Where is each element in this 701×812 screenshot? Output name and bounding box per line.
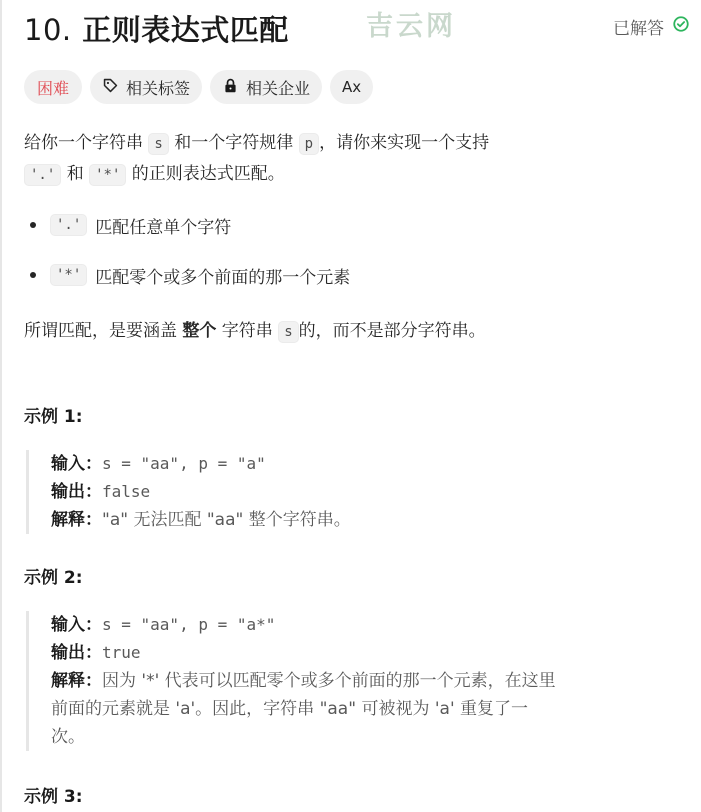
- solved-status: 已解答: [613, 14, 690, 39]
- list-item-text: 匹配任意单个字符: [95, 213, 231, 238]
- inline-code: s: [148, 133, 168, 155]
- related-tags-label: 相关标签: [126, 76, 190, 99]
- example-3-title: 示例 3:: [24, 782, 83, 807]
- list-item-text: 匹配零个或多个前面的那一个元素: [95, 263, 350, 288]
- desc-text: ，请你来实现一个支持: [319, 133, 489, 153]
- explain-label: 解释：: [51, 510, 102, 530]
- desc-text: 给你一个字符串: [24, 133, 148, 153]
- rules-list: '.' 匹配任意单个字符 '*' 匹配零个或多个前面的那一个元素: [24, 210, 664, 310]
- inline-code: s: [278, 321, 298, 343]
- list-item: '.' 匹配任意单个字符: [24, 210, 664, 240]
- example-2-title: 示例 2:: [24, 563, 83, 588]
- explain-label: 解释：: [51, 671, 102, 691]
- desc-text: 字符串: [216, 321, 278, 341]
- explain-value: 因为 '*' 代表可以匹配零个或多个前面的那一个元素，在这里: [102, 671, 556, 691]
- desc-text: 和: [61, 164, 89, 184]
- example-2-block: 输入：s = "aa", p = "a*" 输出：true 解释：因为 '*' …: [26, 611, 686, 751]
- output-value: true: [102, 643, 141, 662]
- example-explanation: 解释：因为 '*' 代表可以匹配零个或多个前面的那一个元素，在这里: [51, 667, 686, 695]
- example-input: 输入：s = "aa", p = "a*": [51, 611, 686, 639]
- input-value: s = "aa", p = "a*": [102, 615, 275, 634]
- translate-button[interactable]: Ax: [330, 70, 373, 104]
- problem-description: 给你一个字符串 s 和一个字符规律 p，请你来实现一个支持 '.' 和 '*' …: [24, 128, 664, 190]
- output-value: false: [102, 482, 150, 501]
- lock-icon: [222, 77, 239, 98]
- list-item: '*' 匹配零个或多个前面的那一个元素: [24, 260, 664, 290]
- input-value: s = "aa", p = "a": [102, 454, 266, 473]
- title-row: 10. 正则表达式匹配 吉云网 已解答: [24, 8, 694, 48]
- input-label: 输入：: [51, 615, 102, 635]
- bullet-dot: [30, 222, 36, 228]
- related-tags-button[interactable]: 相关标签: [90, 70, 202, 104]
- input-label: 输入：: [51, 454, 102, 474]
- output-label: 输出：: [51, 482, 102, 502]
- inline-code: '.': [50, 214, 87, 236]
- example-1-block: 输入：s = "aa", p = "a" 输出：false 解释："a" 无法匹…: [26, 450, 686, 534]
- output-label: 输出：: [51, 643, 102, 663]
- example-1-title: 示例 1:: [24, 402, 83, 427]
- inline-code: '*': [89, 164, 126, 186]
- difficulty-badge: 困难: [24, 70, 82, 104]
- solved-label: 已解答: [613, 14, 664, 39]
- desc-text: 所谓匹配，是要涵盖: [24, 321, 182, 341]
- desc-text: 和一个字符规律: [169, 133, 299, 153]
- problem-name: 正则表达式匹配: [82, 13, 289, 47]
- inline-code: '*': [50, 264, 87, 286]
- example-output: 输出：true: [51, 639, 686, 667]
- match-note: 所谓匹配，是要涵盖 整个 字符串 s的，而不是部分字符串。: [24, 316, 674, 347]
- inline-code: p: [299, 133, 319, 155]
- related-companies-label: 相关企业: [246, 76, 310, 99]
- tag-icon: [102, 77, 119, 98]
- desc-text: 的正则表达式匹配。: [126, 164, 284, 184]
- desc-text: 的，而不是部分字符串。: [299, 321, 486, 341]
- bullet-dot: [30, 272, 36, 278]
- example-explanation-cont: 前面的元素就是 'a'。因此，字符串 "aa" 可被视为 'a' 重复了一: [51, 695, 686, 723]
- example-explanation: 解释："a" 无法匹配 "aa" 整个字符串。: [51, 506, 686, 534]
- related-companies-button[interactable]: 相关企业: [210, 70, 322, 104]
- explain-value: "a" 无法匹配 "aa" 整个字符串。: [102, 510, 351, 530]
- tag-bar: 困难 相关标签 相关企业 Ax: [24, 70, 373, 104]
- translate-icon: Ax: [342, 78, 361, 96]
- example-input: 输入：s = "aa", p = "a": [51, 450, 686, 478]
- inline-code: '.': [24, 164, 61, 186]
- example-output: 输出：false: [51, 478, 686, 506]
- example-explanation-cont: 次。: [51, 723, 686, 751]
- problem-title[interactable]: 10. 正则表达式匹配: [24, 8, 289, 49]
- emphasis: 整个: [182, 321, 216, 341]
- check-circle-icon: [672, 15, 690, 38]
- problem-number: 10.: [24, 13, 72, 47]
- watermark: 吉云网: [366, 4, 456, 43]
